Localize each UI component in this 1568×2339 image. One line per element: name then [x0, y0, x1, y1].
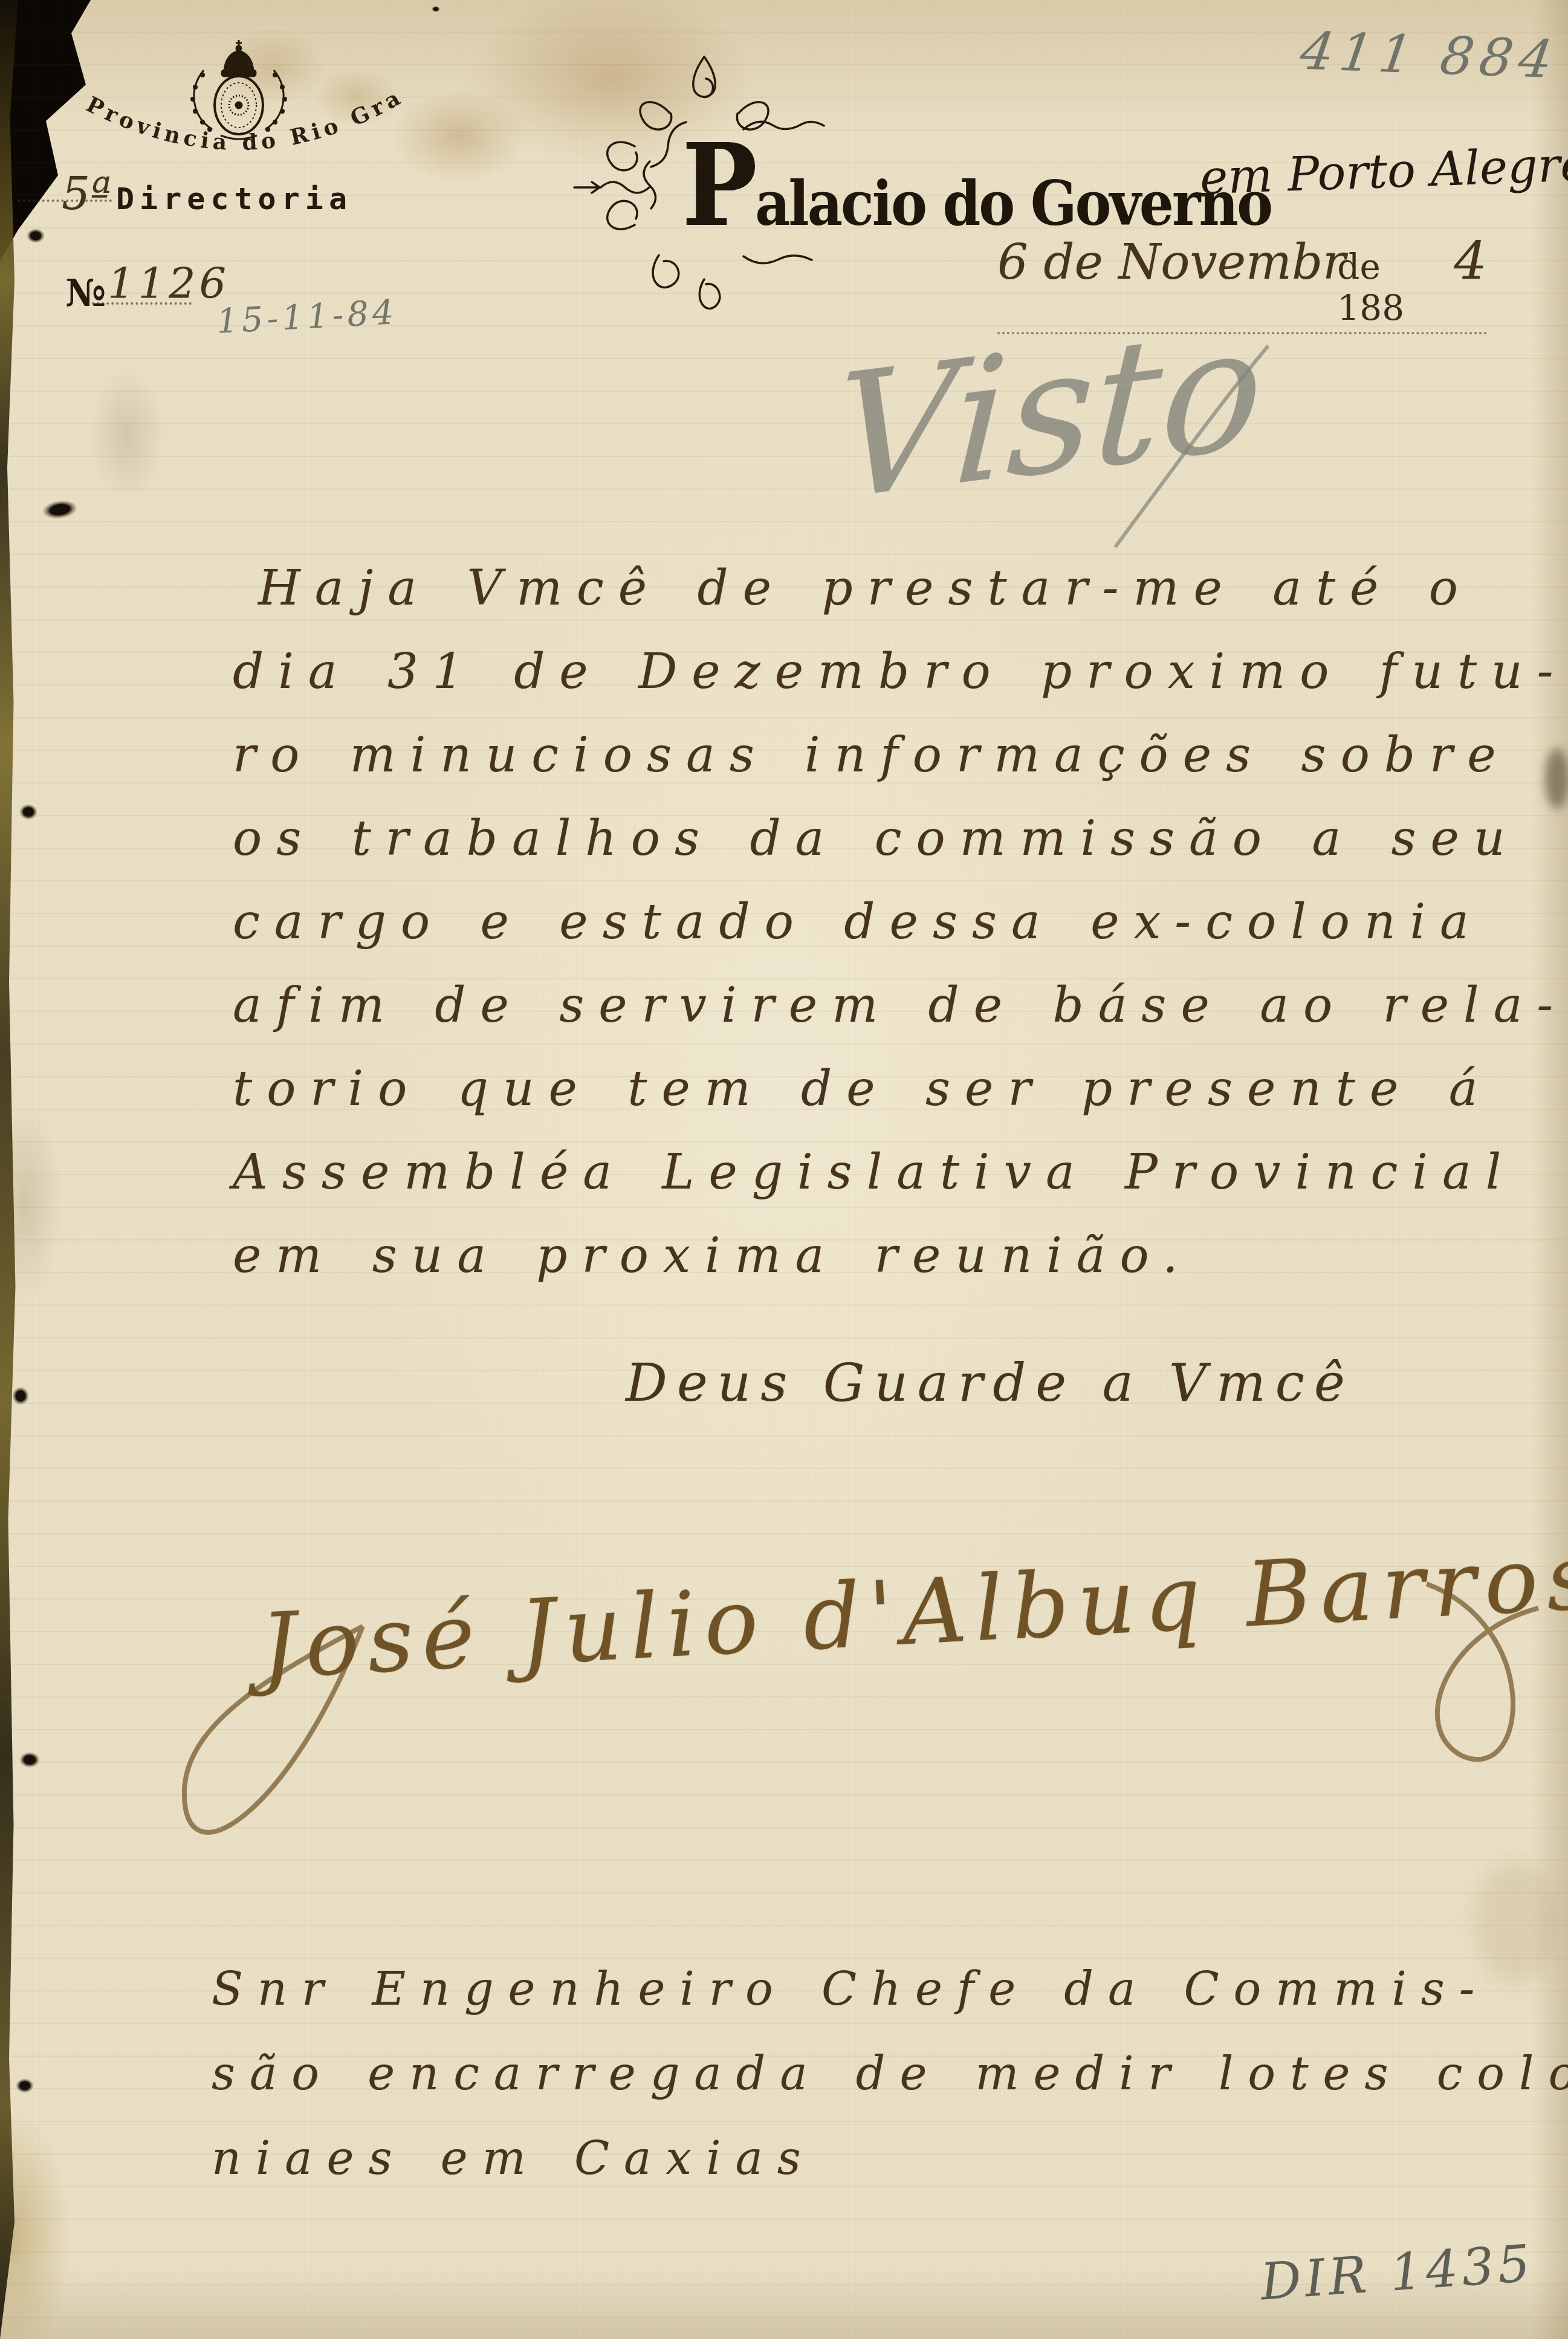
directoria-number-handwritten: 5ª: [62, 168, 111, 220]
punch-hole: [41, 498, 79, 521]
body-line: ro minuciosas informações sobre: [233, 727, 1568, 810]
province-stamp: Provincia do Rio Grande do Sul: [57, 35, 432, 198]
addressee-block: Snr Engenheiro Chefe da Commis- são enca…: [212, 1962, 1568, 2216]
punch-hole: [19, 804, 37, 820]
body-line: os trabalhos da commissão a seu: [233, 810, 1568, 894]
number-sign: №: [65, 271, 106, 315]
dotted-line: [18, 200, 112, 202]
punch-hole: [19, 1752, 40, 1768]
punch-hole: [27, 229, 45, 243]
pencil-archival-number: 411 884: [1297, 21, 1562, 90]
imperial-crest-icon: [190, 40, 287, 139]
addressee-line: Snr Engenheiro Chefe da Commis-: [212, 1962, 1568, 2046]
valediction: Deus Guarde a Vmcê: [626, 1353, 1355, 1413]
body-line: em sua proxima reunião.: [233, 1227, 1568, 1311]
body-line: torio que tem de ser presente á: [233, 1060, 1568, 1144]
body-line: afim de servirem de báse ao rela-: [233, 977, 1568, 1060]
pencil-visto-scribble: Visto: [831, 287, 1268, 539]
signature: José Julio d'Albuq Barros: [258, 1525, 1568, 1699]
letter-body: Haja Vmcê de prestar-me até o dia 31 de …: [233, 560, 1568, 1311]
punch-hole: [16, 2078, 34, 2093]
speck: [432, 6, 440, 12]
pencil-archival-ref: DIR 1435: [1259, 2233, 1535, 2311]
document-number-handwritten: 1126: [108, 259, 230, 308]
pencil-received-date: 15-11-84: [216, 293, 399, 342]
punch-hole: [12, 1387, 29, 1405]
body-line: Assembléa Legislativa Provincial: [233, 1144, 1568, 1227]
date-day-month-handwritten: 6 de Novembr: [997, 234, 1346, 290]
dotted-line: [92, 302, 192, 305]
body-line: cargo e estado dessa ex-colonia: [233, 894, 1568, 977]
torn-left-edge: [0, 0, 18, 2339]
scanned-letter-page: Provincia do Rio Grande do Sul 5ª Direct…: [0, 0, 1568, 2339]
directoria-label: Directoria: [116, 181, 352, 216]
addressee-line: são encarregada de medir lotes colo-: [212, 2046, 1568, 2131]
addressee-line: niaes em Caxias: [212, 2131, 1568, 2216]
body-line: dia 31 de Dezembro proximo futu-: [233, 643, 1568, 727]
body-line: Haja Vmcê de prestar-me até o: [258, 560, 1568, 643]
date-year-digit-handwritten: 4: [1454, 231, 1487, 291]
date-printed-fragment: de 188: [1337, 246, 1445, 328]
